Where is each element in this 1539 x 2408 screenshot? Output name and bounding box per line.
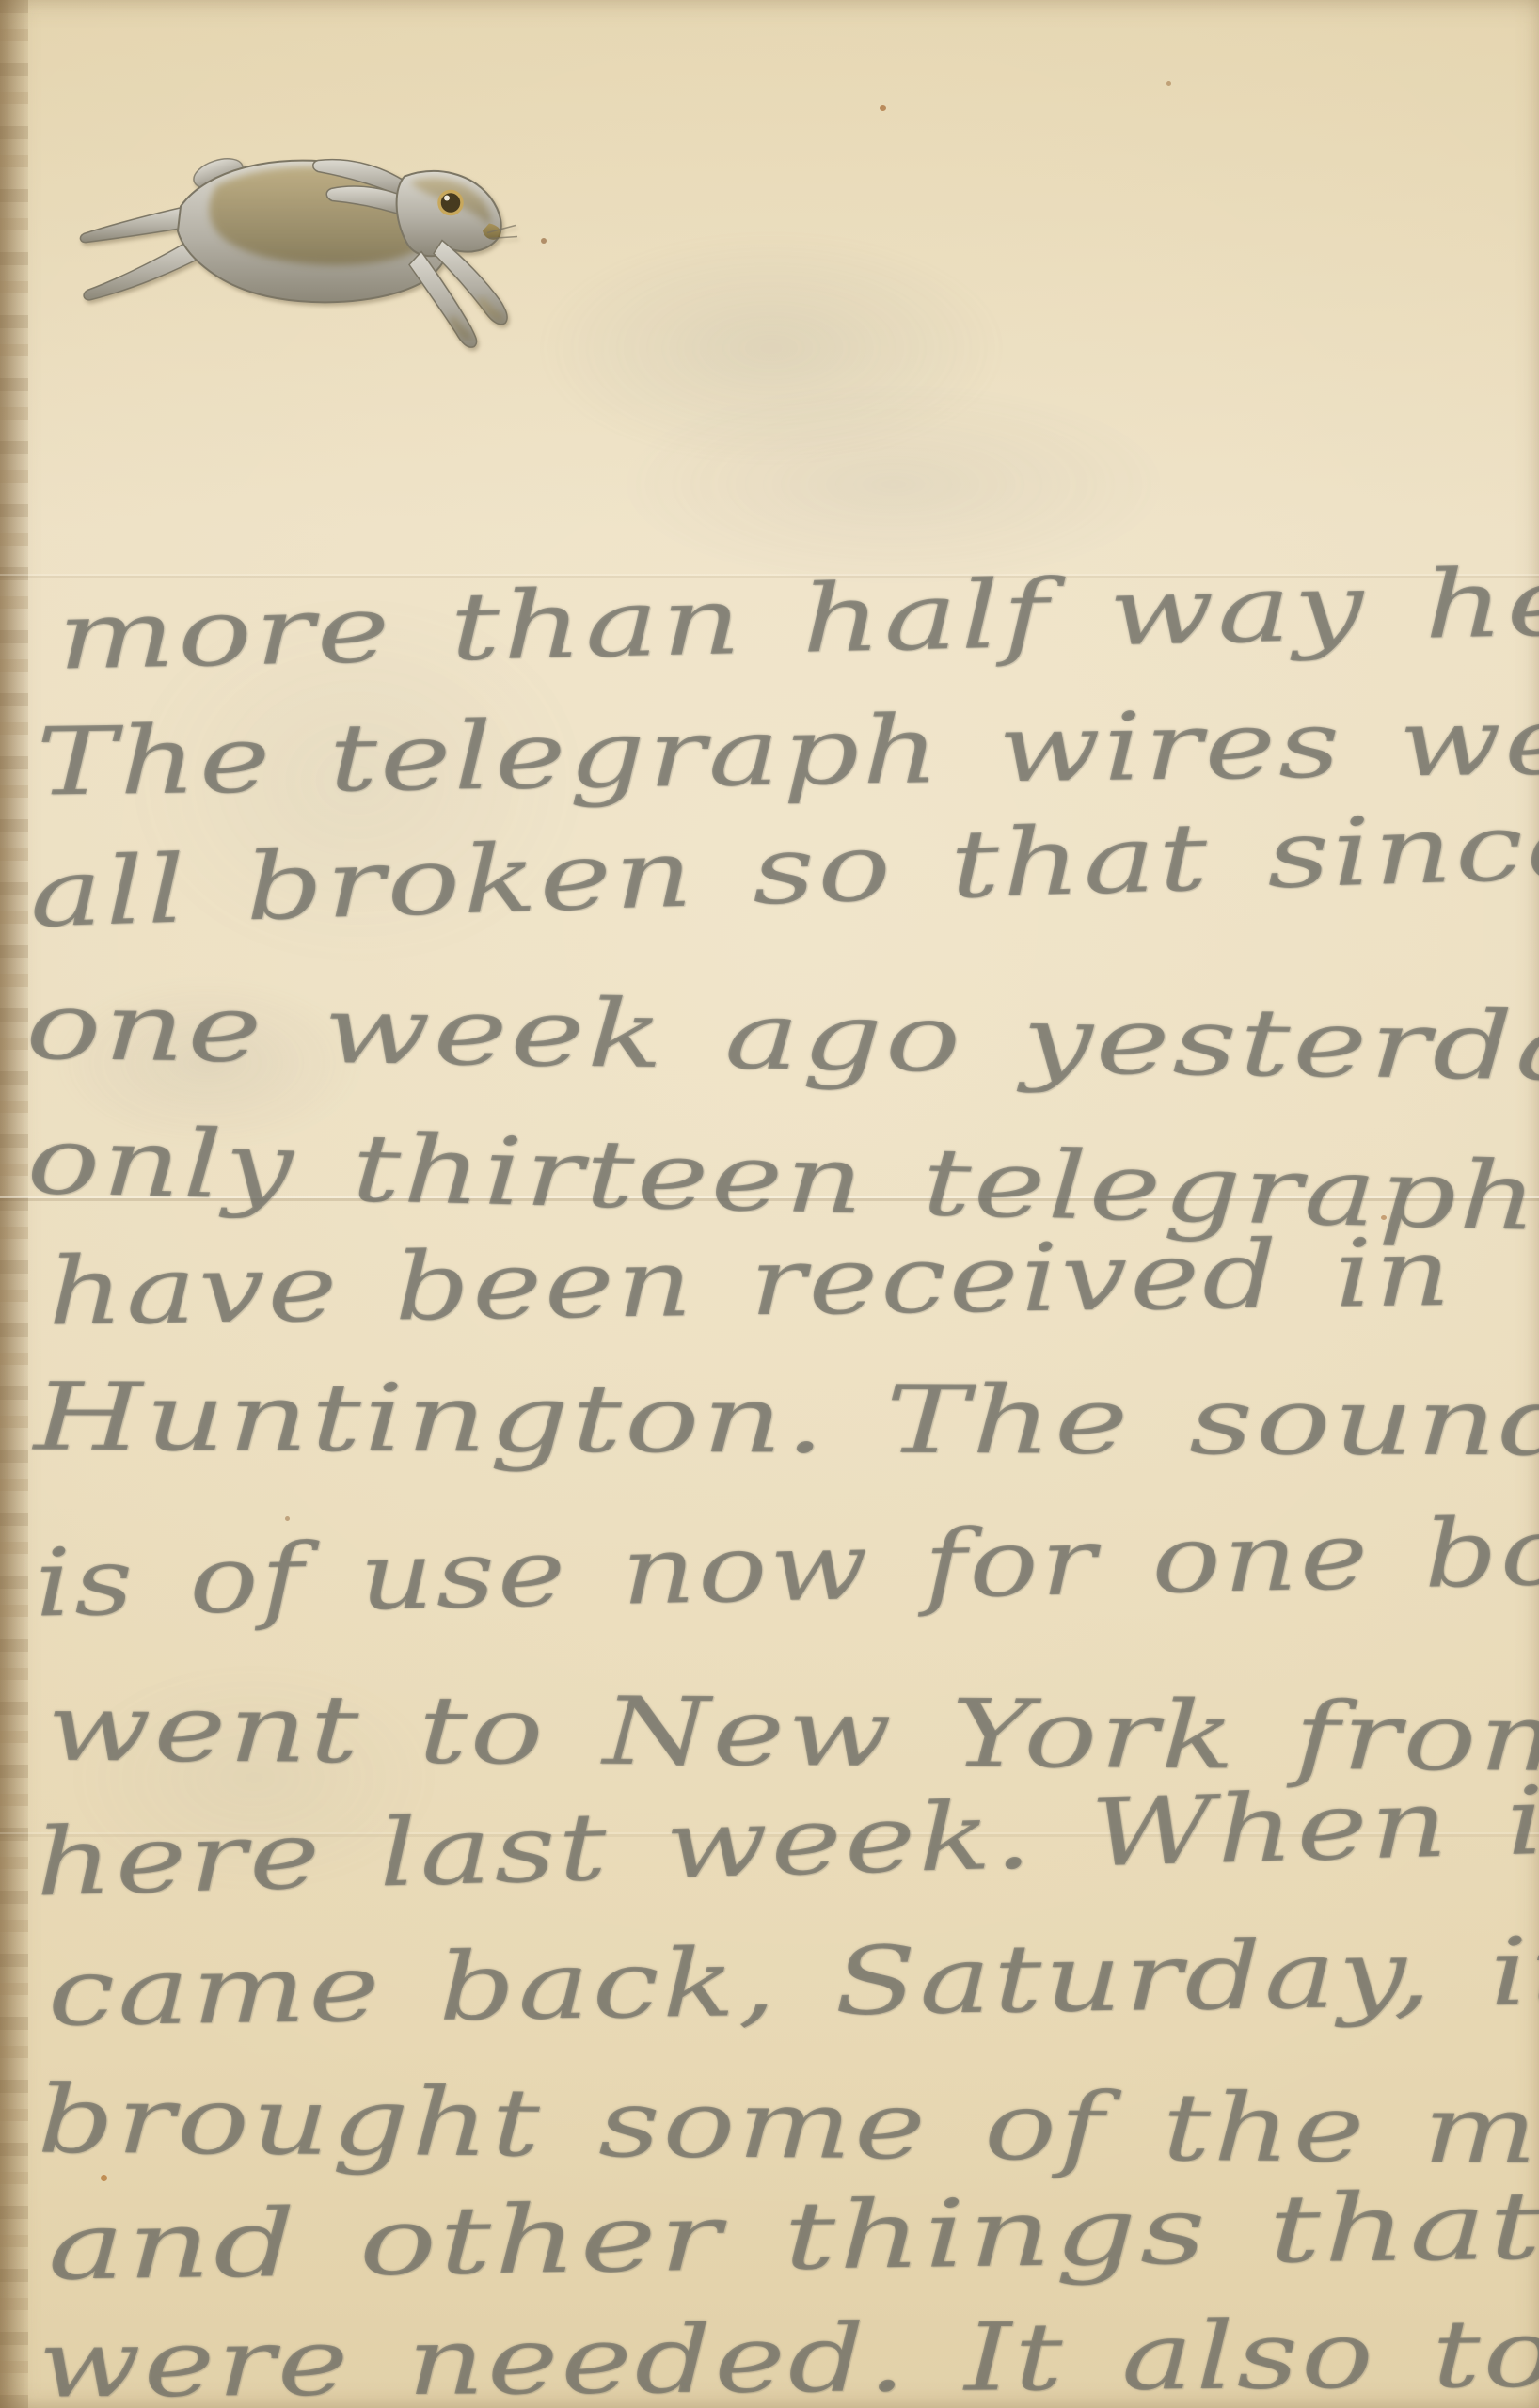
foxing-speck [1166,81,1171,86]
leaping-hare-illustration [75,146,527,353]
letter-line: brought some of the mail [37,2074,1539,2179]
letter-line: one week ago yesterday [25,980,1539,1097]
letter-line: came back, Saturday, it [47,1925,1539,2040]
foxing-speck [285,1516,290,1521]
deckled-left-edge [0,0,28,2408]
letter-line: The telegraph wires were [36,693,1539,810]
letter-line: and other things that [47,2180,1539,2295]
foxing-speck [101,2175,107,2181]
letter-line: Huntington. The sound [34,1371,1539,1470]
foxing-speck [880,105,886,111]
foxing-speck [541,238,547,244]
letter-page: more than half way here. The telegraph w… [0,0,1539,2408]
letter-line: have been received in [47,1227,1453,1339]
letter-line: more than half way here. [56,552,1539,685]
letter-line: is of use now for one boat [34,1503,1539,1631]
letter-line: were needed. It also took [38,2307,1539,2408]
letter-line: went to New York from [46,1682,1539,1786]
